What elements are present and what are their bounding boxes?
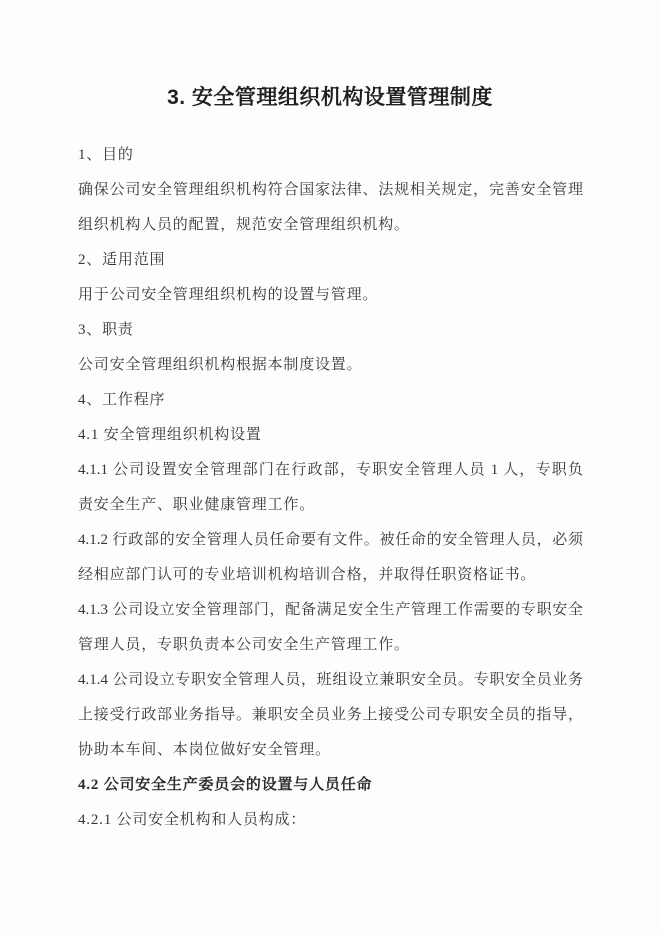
text-line: 4、工作程序 xyxy=(78,383,583,418)
text-line: 协助本车间、本岗位做好安全管理。 xyxy=(78,733,583,768)
text-line: 责安全生产、职业健康管理工作。 xyxy=(78,488,583,523)
text-line: 4.1.4 公司设立专职安全管理人员，班组设立兼职安全员。专职安全员业务 xyxy=(78,663,583,698)
text-line: 4.1.2 行政部的安全管理人员任命要有文件。被任命的安全管理人员，必须 xyxy=(78,523,583,558)
document-body: 1、目的确保公司安全管理组织机构符合国家法律、法规相关规定，完善安全管理组织机构… xyxy=(78,138,583,838)
text-line: 2、适用范围 xyxy=(78,243,583,278)
text-line: 用于公司安全管理组织机构的设置与管理。 xyxy=(78,278,583,313)
text-line: 4.1.3 公司设立安全管理部门，配备满足安全生产管理工作需要的专职安全 xyxy=(78,593,583,628)
text-line: 上接受行政部业务指导。兼职安全员业务上接受公司专职安全员的指导， xyxy=(78,698,583,733)
text-line: 确保公司安全管理组织机构符合国家法律、法规相关规定，完善安全管理 xyxy=(78,173,583,208)
text-line: 经相应部门认可的专业培训机构培训合格，并取得任职资格证书。 xyxy=(78,558,583,593)
text-line: 4.2 公司安全生产委员会的设置与人员任命 xyxy=(78,768,583,803)
text-line: 管理人员，专职负责本公司安全生产管理工作。 xyxy=(78,628,583,663)
text-line: 公司安全管理组织机构根据本制度设置。 xyxy=(78,348,583,383)
text-line: 3、职责 xyxy=(78,313,583,348)
text-line: 组织机构人员的配置，规范安全管理组织机构。 xyxy=(78,208,583,243)
text-line: 4.1 安全管理组织机构设置 xyxy=(78,418,583,453)
text-line: 1、目的 xyxy=(78,138,583,173)
text-line: 4.2.1 公司安全机构和人员构成： xyxy=(78,803,583,838)
document-page: 3. 安全管理组织机构设置管理制度 1、目的确保公司安全管理组织机构符合国家法律… xyxy=(0,0,660,934)
document-title: 3. 安全管理组织机构设置管理制度 xyxy=(0,0,660,112)
text-line: 4.1.1 公司设置安全管理部门在行政部，专职安全管理人员 1 人，专职负 xyxy=(78,453,583,488)
